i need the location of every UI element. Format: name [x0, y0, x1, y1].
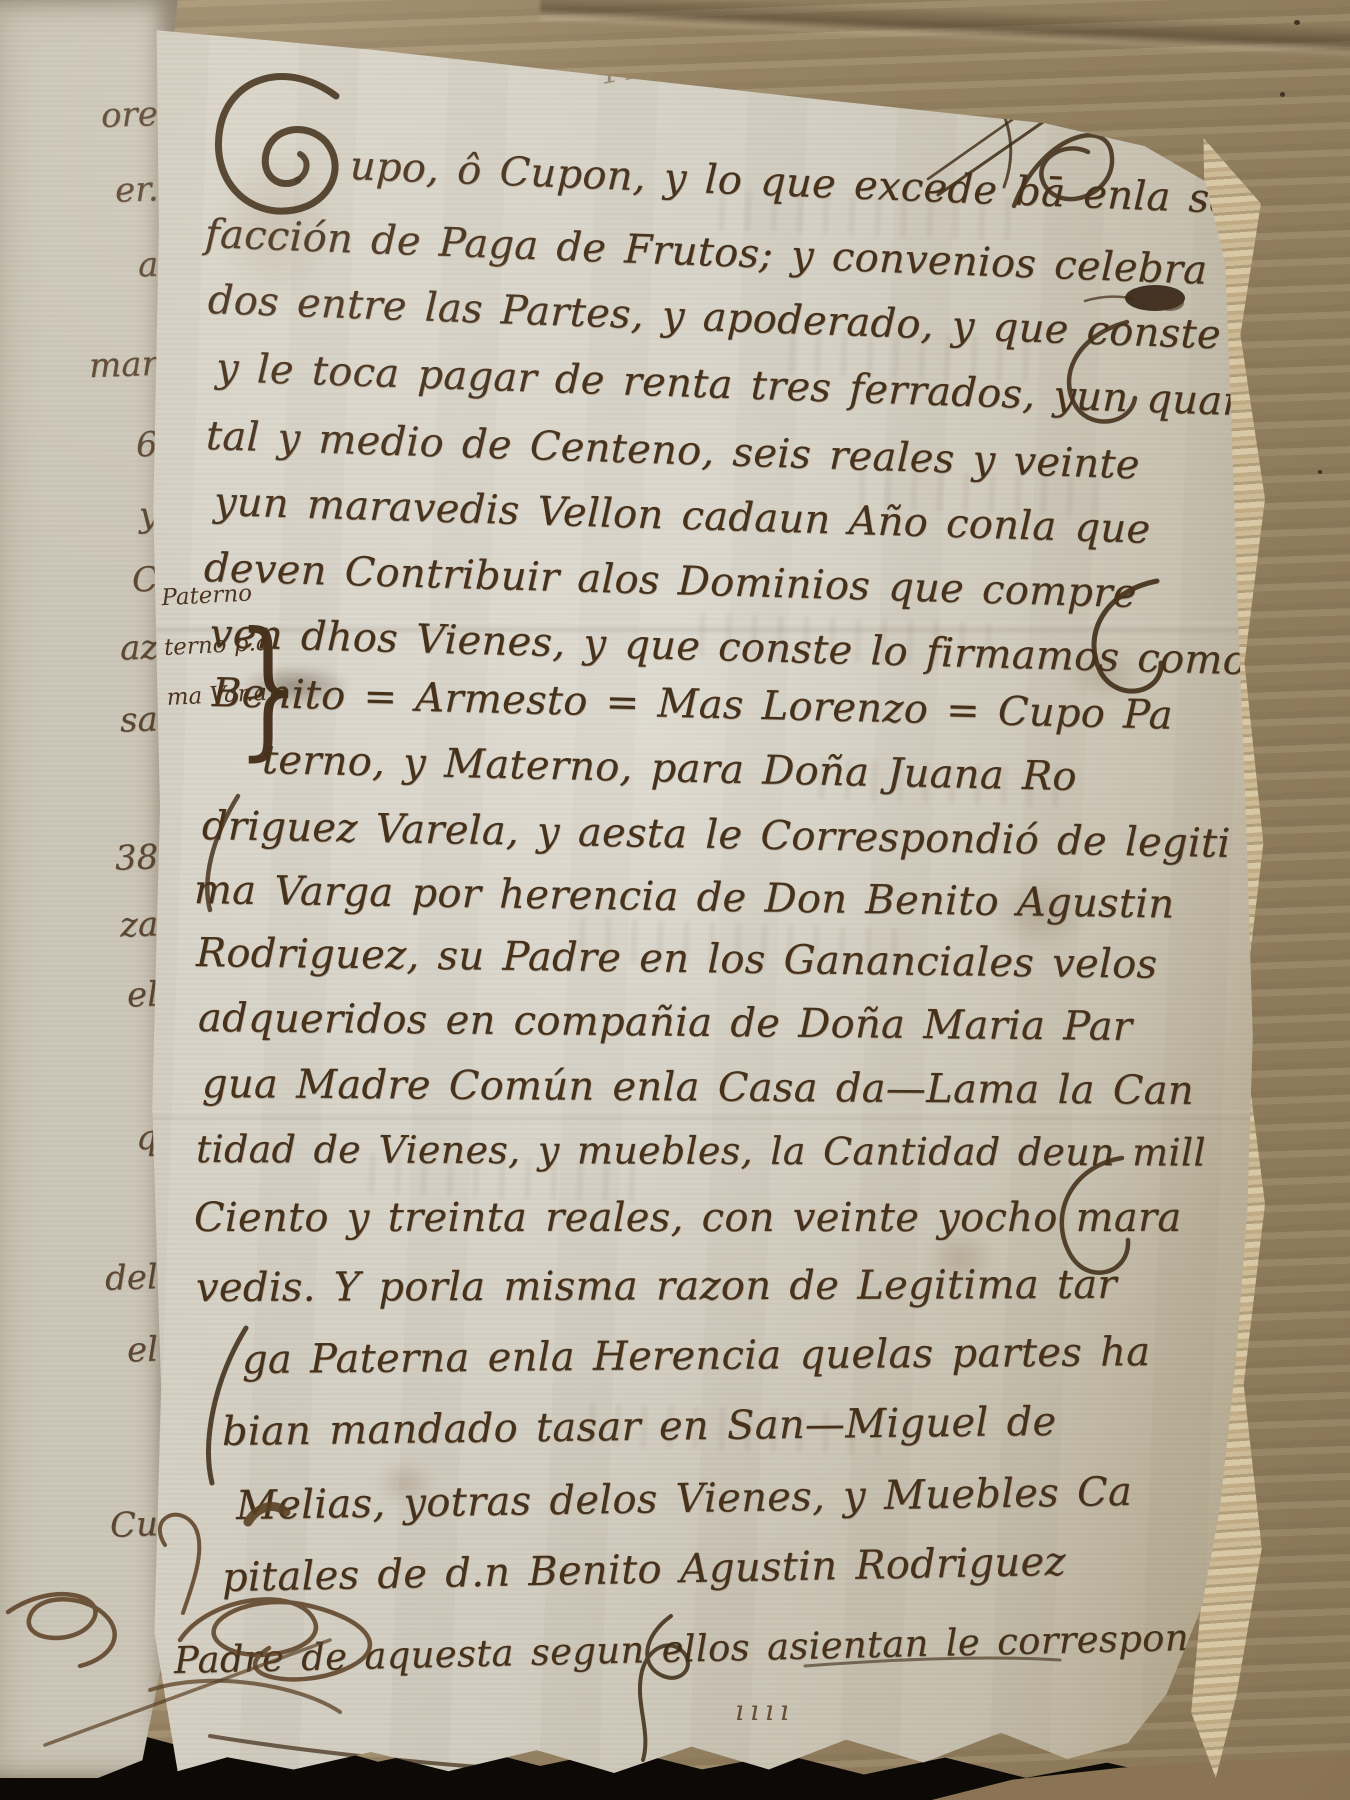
manuscript-line: ga Paterna enla Herencia quelas partes h… [242, 1332, 1151, 1380]
underlying-page: ore er. a mar 6 y C az sa 38 za el q del… [0, 0, 178, 1778]
cutoff-word-fragment: mar [89, 344, 159, 386]
manuscript-line: deven Contribuir alos Dominios que compr… [203, 548, 1137, 614]
manuscript-line: dos entre las Partes, y apoderado, y que… [207, 280, 1221, 355]
manuscript-page: 14 [150, 18, 1255, 1773]
cardboard-speck [1280, 92, 1285, 97]
cutoff-word-fragment: a [137, 245, 159, 286]
cutoff-word-fragment: za [119, 904, 159, 945]
cutoff-word-fragment: er. [114, 169, 159, 210]
manuscript-line: adqueridos en compañia de Doña Maria Par [198, 998, 1133, 1047]
manuscript-line: tidad de Vienes, y muebles, la Cantidad … [196, 1130, 1206, 1172]
manuscript-line: Rodriguez, su Padre en los Gananciales v… [196, 933, 1158, 985]
manuscript-line: tal y medio de Centeno, seis reales y ve… [205, 416, 1140, 485]
cutoff-word-fragment: 38 [114, 837, 159, 878]
cutoff-word-fragment: Cu [109, 1504, 158, 1546]
cutoff-word-fragment: az [119, 627, 159, 668]
manuscript-line: Benito = Armesto = Mas Lorenzo = Cupo Pa [212, 673, 1174, 736]
manuscript-line: Ciento y treinta reales, con veinte yoch… [194, 1198, 1182, 1238]
cutoff-word-fragment: el [126, 974, 158, 1015]
manuscript-line: bian mandado tasar en San—Miguel de [222, 1402, 1057, 1452]
manuscript-line: terno, y Materno, para Doña Juana Ro [262, 740, 1078, 797]
manuscript-line: gua Madre Común enla Casa da—Lama la Can [202, 1064, 1194, 1111]
cutoff-word-fragment: el [126, 1329, 158, 1370]
manuscript-line: vedis. Y porla misma razon de Legitima t… [196, 1265, 1117, 1308]
cardboard-speck [1294, 20, 1300, 25]
cutoff-word-fragment: del [105, 1257, 159, 1299]
cardboard-ridge [540, 0, 1350, 58]
photo-scene: ore er. a mar 6 y C az sa 38 za el q del… [0, 0, 1350, 1800]
cutoff-word-fragment: sa [120, 699, 159, 740]
drop-cap-initial-icon [208, 66, 358, 221]
manuscript-line: Melias, yotras delos Vienes, y Muebles C… [236, 1472, 1133, 1526]
manuscript-line: pitales de d.n Benito Agustin Rodriguez [222, 1542, 1067, 1598]
manuscript-line: driguez Varela, y aesta le Correspondió … [202, 806, 1231, 864]
cutoff-word-fragment: ore [100, 94, 158, 136]
cardboard-speck [1318, 470, 1322, 474]
